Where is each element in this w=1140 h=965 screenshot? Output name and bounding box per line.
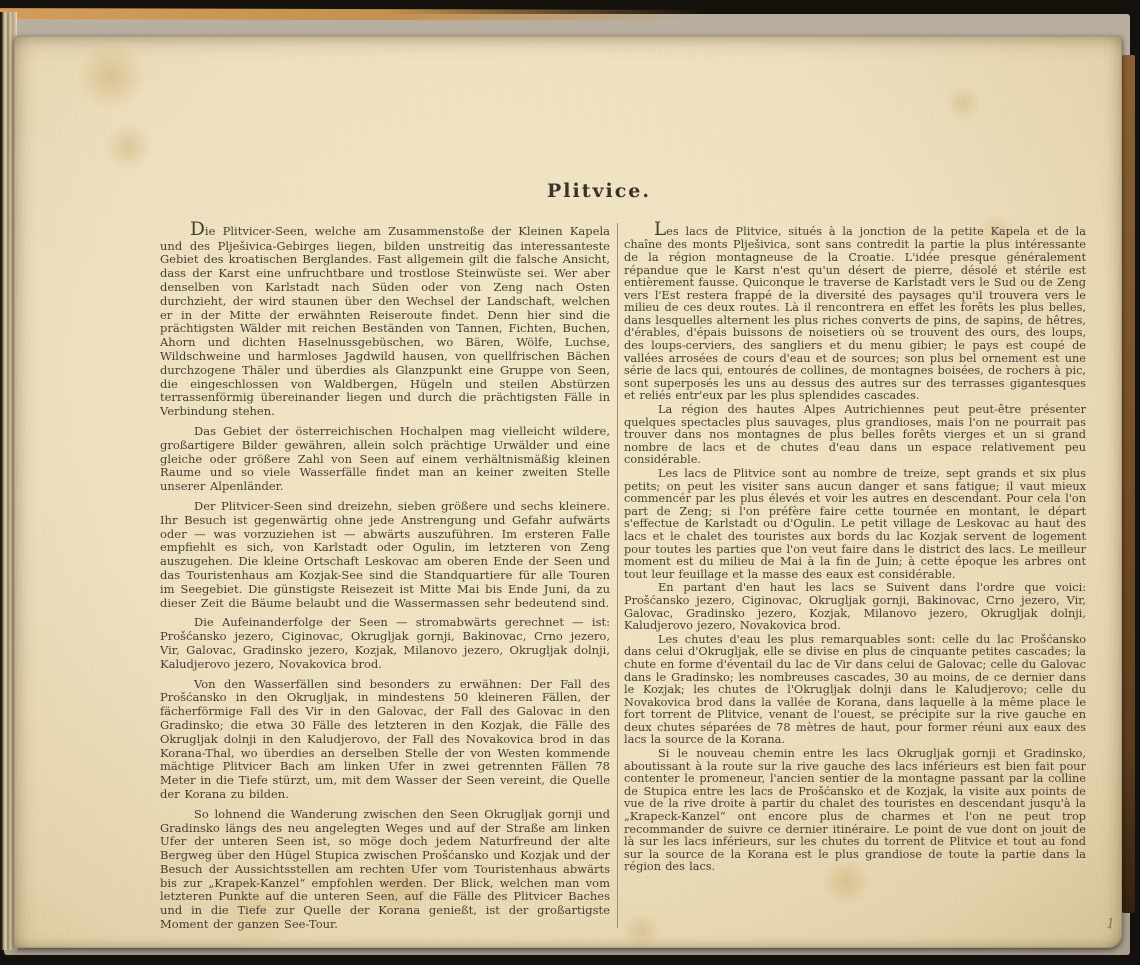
paragraph: Das Gebiet der österreichischen Hochalpe… — [160, 425, 610, 494]
paragraph: Die Aufeinanderfolge der Seen — stromabw… — [160, 616, 610, 671]
book-photo: Plitvice. Die Plitvicer-Seen, welche am … — [0, 0, 1140, 965]
column-divider — [617, 223, 618, 928]
paragraph: En partant d'en haut les lacs se Suivent… — [624, 582, 1086, 632]
paragraph: Les lacs de Plitvice, situés à la joncti… — [624, 221, 1086, 403]
page-sheet: Plitvice. Die Plitvicer-Seen, welche am … — [14, 36, 1122, 948]
paragraph: Die Plitvicer-Seen, welche am Zusammenst… — [160, 221, 610, 419]
paragraph: Les lacs de Plitvice sont au nombre de t… — [624, 468, 1086, 581]
page-title: Plitvice. — [136, 180, 1062, 202]
plate-page-edge — [0, 8, 705, 21]
paragraph: Von den Wasserfällen sind besonders zu e… — [160, 678, 610, 802]
paragraph: So lohnend die Wanderung zwischen den Se… — [160, 808, 610, 932]
page-number-mark: 1 — [1104, 915, 1116, 933]
foxing-stain — [102, 124, 154, 170]
french-column: Les lacs de Plitvice, situés à la joncti… — [624, 221, 1086, 932]
paragraph: Les chutes d'eau les plus remarquables s… — [624, 634, 1086, 747]
two-column-text: Die Plitvicer-Seen, welche am Zusammenst… — [160, 221, 1086, 932]
paragraph: Der Plitvicer-Seen sind dreizehn, sieben… — [160, 500, 610, 610]
paragraph: Si le nouveau chemin entre les lacs Okru… — [624, 748, 1086, 874]
foxing-stain — [944, 86, 982, 120]
german-column: Die Plitvicer-Seen, welche am Zusammenst… — [160, 221, 610, 932]
paragraph: La région des hautes Alpes Autrichiennes… — [624, 404, 1086, 467]
book-cover-edge — [1122, 55, 1135, 913]
foxing-stain — [72, 44, 150, 108]
